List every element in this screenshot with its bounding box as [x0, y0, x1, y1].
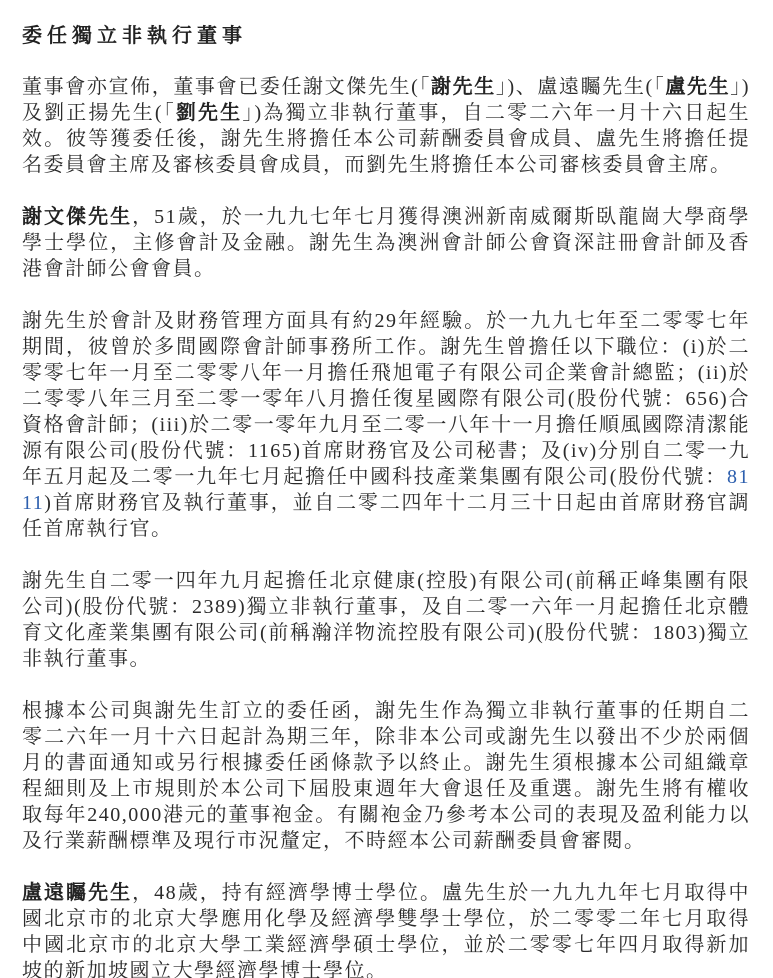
- text-run: 謝先生於會計及財務管理方面具有約29年經驗。於一九九七年至二零零七年期間，彼曾於…: [22, 310, 750, 488]
- document-title: 委任獨立非執行董事: [22, 22, 750, 50]
- document-body: 董事會亦宣佈，董事會已委任謝文傑先生(「謝先生」)、盧遠矚先生(「盧先生」)及劉…: [22, 74, 750, 978]
- text-run: 根據本公司與謝先生訂立的委任函，謝先生作為獨立非執行董事的任期自二零二六年一月十…: [22, 700, 750, 852]
- text-run: 董事會亦宣佈，董事會已委任謝文傑先生(「: [22, 76, 431, 98]
- document-page: 委任獨立非執行董事 董事會亦宣佈，董事會已委任謝文傑先生(「謝先生」)、盧遠矚先…: [0, 0, 773, 978]
- text-run: ，51歲，於一九九七年七月獲得澳洲新南威爾斯臥龍崗大學商學學士學位，主修會計及金…: [22, 206, 750, 280]
- bold-name-text: 謝文傑先生: [22, 206, 132, 228]
- paragraph-appointment-announcement: 董事會亦宣佈，董事會已委任謝文傑先生(「謝先生」)、盧遠矚先生(「盧先生」)及劉…: [22, 74, 750, 178]
- paragraph-xie-appointment-terms: 根據本公司與謝先生訂立的委任函，謝先生作為獨立非執行董事的任期自二零二六年一月十…: [22, 698, 750, 854]
- text-run: )首席財務官及執行董事，並自二零二四年十二月三十日起由首席財務官調任首席執行官。: [22, 492, 750, 540]
- paragraph-lu-biography: 盧遠矚先生，48歲，持有經濟學博士學位。盧先生於一九九九年七月取得中國北京市的北…: [22, 880, 750, 978]
- bold-name-text: 劉先生: [176, 102, 242, 124]
- paragraph-xie-experience: 謝先生於會計及財務管理方面具有約29年經驗。於一九九七年至二零零七年期間，彼曾於…: [22, 308, 750, 542]
- bold-name-text: 謝先生: [431, 76, 496, 98]
- text-run: 」)、盧遠矚先生(「: [496, 76, 666, 98]
- text-run: 謝先生自二零一四年九月起擔任北京健康(控股)有限公司(前稱正峰集團有限公司)(股…: [22, 570, 750, 670]
- bold-name-text: 盧遠矚先生: [22, 882, 132, 904]
- text-run: ，48歲，持有經濟學博士學位。盧先生於一九九九年七月取得中國北京市的北京大學應用…: [22, 882, 750, 978]
- bold-name-text: 盧先生: [665, 76, 730, 98]
- paragraph-xie-biography: 謝文傑先生，51歲，於一九九七年七月獲得澳洲新南威爾斯臥龍崗大學商學學士學位，主…: [22, 204, 750, 282]
- paragraph-xie-directorships: 謝先生自二零一四年九月起擔任北京健康(控股)有限公司(前稱正峰集團有限公司)(股…: [22, 568, 750, 672]
